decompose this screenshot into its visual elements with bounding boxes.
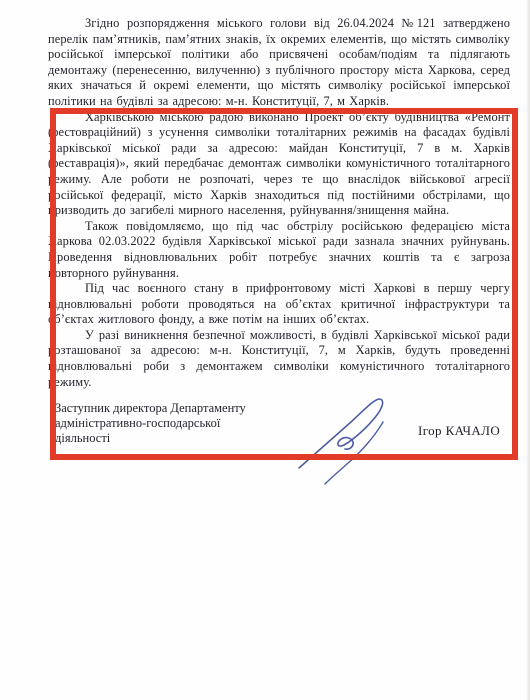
handwritten-signature-ink [295, 394, 410, 486]
signatory-title-line: адміністративно-господарської [55, 416, 273, 431]
scanned-letter-page: Згідно розпорядження міського голови від… [0, 0, 530, 700]
signatory-name: Ігор КАЧАЛО [418, 423, 500, 439]
signatory-title-line: діяльності [55, 431, 273, 446]
signatory-title: Заступник директора Департаменту адмініс… [55, 401, 273, 447]
letter-body: Згідно розпорядження міського голови від… [48, 16, 510, 390]
signatory-title-line: Заступник директора Департаменту [55, 401, 273, 416]
scan-edge-shadow [526, 0, 530, 700]
paragraph-shelling: Також повідомляємо, що під час обстрілу … [48, 219, 510, 281]
paragraph-martial-law: Під час воєнного стану в прифронтовому м… [48, 281, 510, 328]
paragraph-intro: Згідно розпорядження міського голови від… [48, 16, 510, 110]
paragraph-project: Харківською міською радою виконано Проек… [48, 110, 510, 219]
paragraph-future-works: У разі виникнення безпечної можливості, … [48, 328, 510, 390]
